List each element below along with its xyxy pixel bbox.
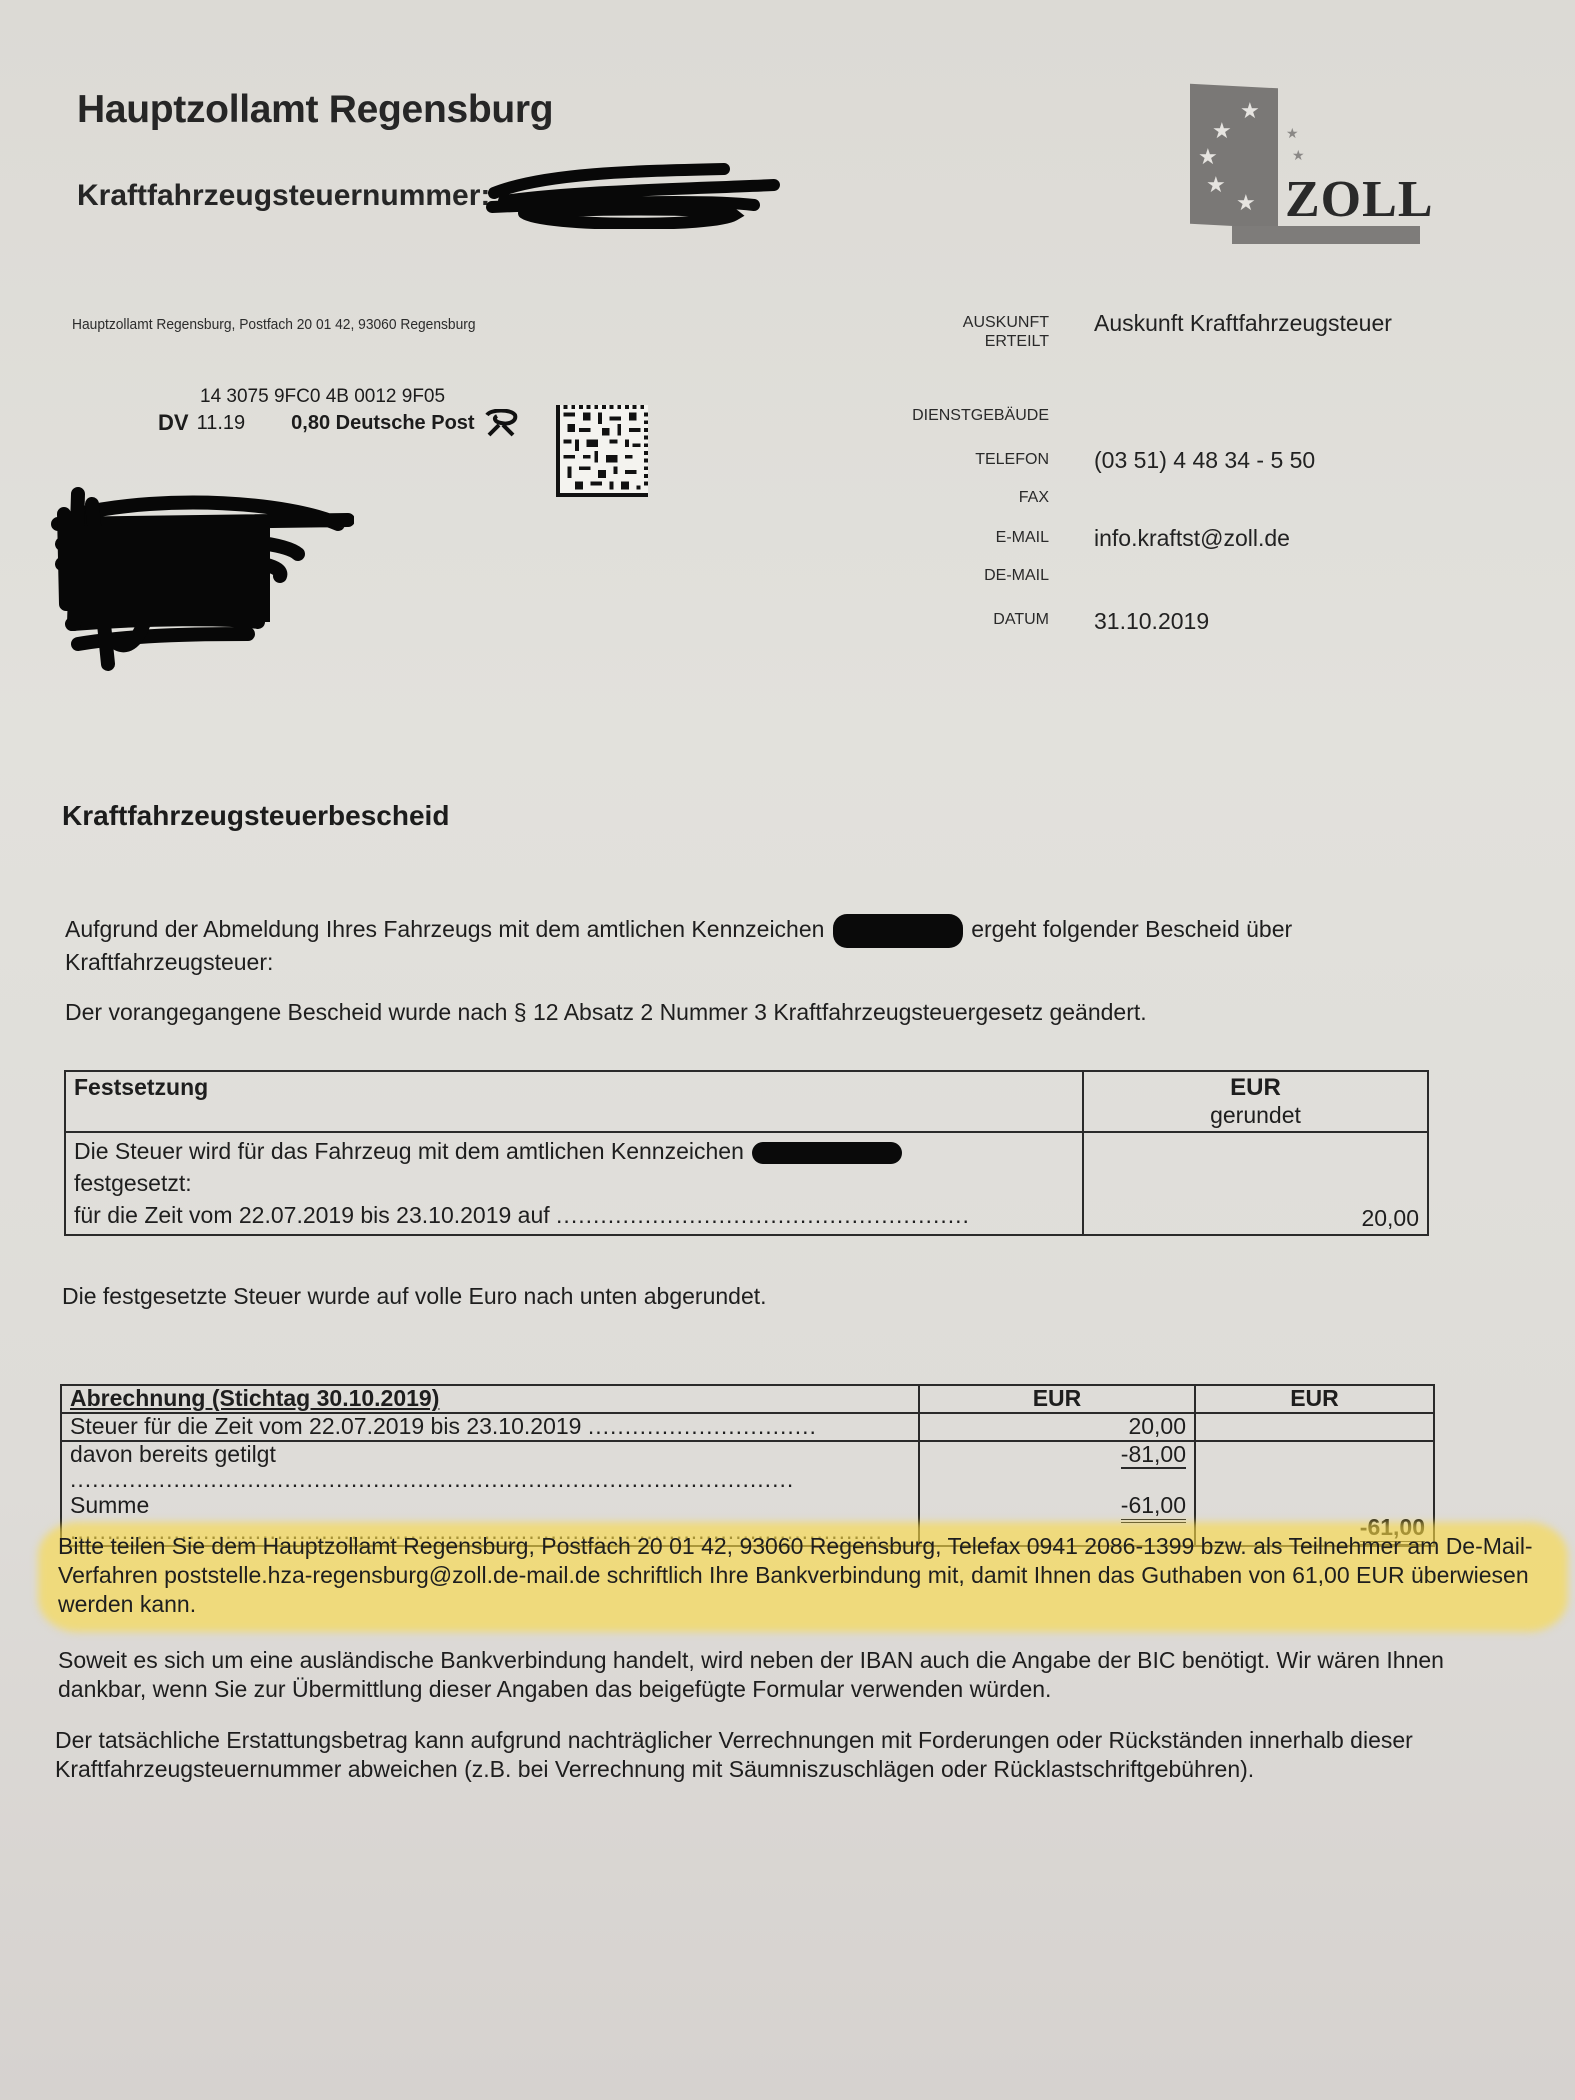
festsetzung-header: Festsetzung	[65, 1071, 1083, 1132]
festsetzung-table: Festsetzung EUR gerundet Die Steuer wird…	[64, 1070, 1429, 1236]
row-eur2	[1195, 1441, 1434, 1494]
document-title: Kraftfahrzeugsteuerbescheid	[62, 800, 449, 832]
label-dienstgebaeude: DIENSTGEBÄUDE	[912, 406, 1049, 425]
value-datum: 31.10.2019	[1094, 608, 1209, 635]
logo-wordmark: ZOLL	[1285, 170, 1434, 229]
foreign-bank-notice: Soweit es sich um eine ausländische Bank…	[58, 1646, 1538, 1704]
festsetzung-line2: festgesetzt:	[74, 1170, 192, 1196]
bank-details-request: Bitte teilen Sie dem Hauptzollamt Regens…	[58, 1532, 1538, 1618]
value-email[interactable]: info.kraftst@zoll.de	[1094, 525, 1290, 552]
label-fax: FAX	[1019, 488, 1049, 507]
row-label: Steuer für die Zeit vom 22.07.2019 bis 2…	[61, 1413, 919, 1441]
row-eur1: -81,00	[919, 1441, 1195, 1494]
postage-code: 14 3075 9FC0 4B 0012 9F05	[200, 386, 445, 408]
eur-column-1: EUR	[919, 1385, 1195, 1413]
festsetzung-line1: Die Steuer wird für das Fahrzeug mit dem…	[74, 1138, 744, 1164]
star-icon: ★	[1198, 146, 1218, 168]
redacted-license-plate	[752, 1142, 902, 1164]
row-eur1-value: -61,00	[1121, 1493, 1186, 1523]
postage-carrier: Deutsche Post	[336, 412, 475, 435]
redacted-recipient-address	[48, 484, 354, 674]
row-eur2	[1195, 1413, 1434, 1441]
logo-bar	[1232, 226, 1420, 244]
intro-text-a: Aufgrund der Abmeldung Ihres Fahrzeugs m…	[65, 916, 824, 942]
row-label-text: Steuer für die Zeit vom 22.07.2019 bis 2…	[70, 1413, 581, 1439]
rounding-note: Die festgesetzte Steuer wurde auf volle …	[62, 1282, 1502, 1311]
festsetzung-title: Festsetzung	[74, 1074, 208, 1100]
leader-dots: ........................................…	[70, 1466, 794, 1492]
leader-dots: ...............................	[588, 1413, 817, 1439]
eur-label: EUR	[1092, 1074, 1419, 1102]
zoll-logo: ★ ★ ★ ★ ★ ★ ★ ZOLL	[1190, 86, 1420, 246]
star-icon: ★	[1206, 174, 1226, 196]
festsetzung-text: Die Steuer wird für das Fahrzeug mit dem…	[65, 1132, 1083, 1235]
star-icon: ★	[1286, 126, 1299, 140]
row-label: davon bereits getilgt ..................…	[61, 1441, 919, 1494]
label-email: E-MAIL	[996, 528, 1049, 547]
return-address: Hauptzollamt Regensburg, Postfach 20 01 …	[72, 316, 476, 333]
star-icon: ★	[1236, 192, 1256, 214]
eur-column-header: EUR gerundet	[1083, 1071, 1428, 1132]
datamatrix-code	[556, 404, 648, 498]
dv-value: 11.19	[197, 412, 246, 435]
redaction-scribble	[484, 163, 784, 229]
value-telefon: (03 51) 4 48 34 - 5 50	[1094, 447, 1315, 474]
value-auskunft: Auskunft Kraftfahrzeugsteuer	[1094, 310, 1392, 337]
redacted-license-plate	[833, 914, 963, 948]
row-eur1-value: -81,00	[1121, 1442, 1186, 1470]
row-eur1: 20,00	[919, 1413, 1195, 1441]
row-label-text: Summe	[70, 1492, 149, 1518]
table-row: Steuer für die Zeit vom 22.07.2019 bis 2…	[61, 1413, 1434, 1441]
label-telefon: TELEFON	[975, 450, 1049, 469]
abrechnung-title: Abrechnung (Stichtag 30.10.2019)	[61, 1385, 919, 1413]
label-demail: DE-MAIL	[984, 566, 1049, 585]
star-icon: ★	[1212, 120, 1232, 142]
star-icon: ★	[1240, 100, 1260, 122]
tax-number: Kraftfahrzeugsteuernummer:	[77, 163, 784, 229]
star-icon: ★	[1292, 148, 1305, 162]
dv-label: DV	[158, 410, 189, 436]
leader-dots: ........................................…	[556, 1202, 970, 1228]
row-label-text: davon bereits getilgt	[70, 1441, 276, 1467]
tax-number-label: Kraftfahrzeugsteuernummer:	[77, 179, 490, 213]
festsetzung-line3: für die Zeit vom 22.07.2019 bis 23.10.20…	[74, 1202, 550, 1228]
label-datum: DATUM	[993, 610, 1049, 629]
gerundet-label: gerundet	[1210, 1102, 1301, 1128]
tax-assessment-letter: Hauptzollamt Regensburg Kraftfahrzeugste…	[0, 0, 1575, 2100]
table-row: davon bereits getilgt ..................…	[61, 1441, 1434, 1494]
festsetzung-amount: 20,00	[1083, 1132, 1428, 1235]
changed-notice: Der vorangegangene Bescheid wurde nach §…	[65, 998, 1505, 1027]
office-title: Hauptzollamt Regensburg	[77, 88, 553, 132]
postage-stamp: DV 11.19 0,80 Deutsche Post	[158, 409, 519, 437]
postage-price: 0,80	[291, 412, 330, 435]
intro-paragraph: Aufgrund der Abmeldung Ihres Fahrzeugs m…	[65, 914, 1505, 977]
post-horn-icon	[483, 409, 519, 437]
label-auskunft: AUSKUNFT ERTEILT	[963, 313, 1049, 351]
refund-note: Der tatsächliche Erstattungsbetrag kann …	[55, 1726, 1495, 1784]
eur-column-2: EUR	[1195, 1385, 1434, 1413]
